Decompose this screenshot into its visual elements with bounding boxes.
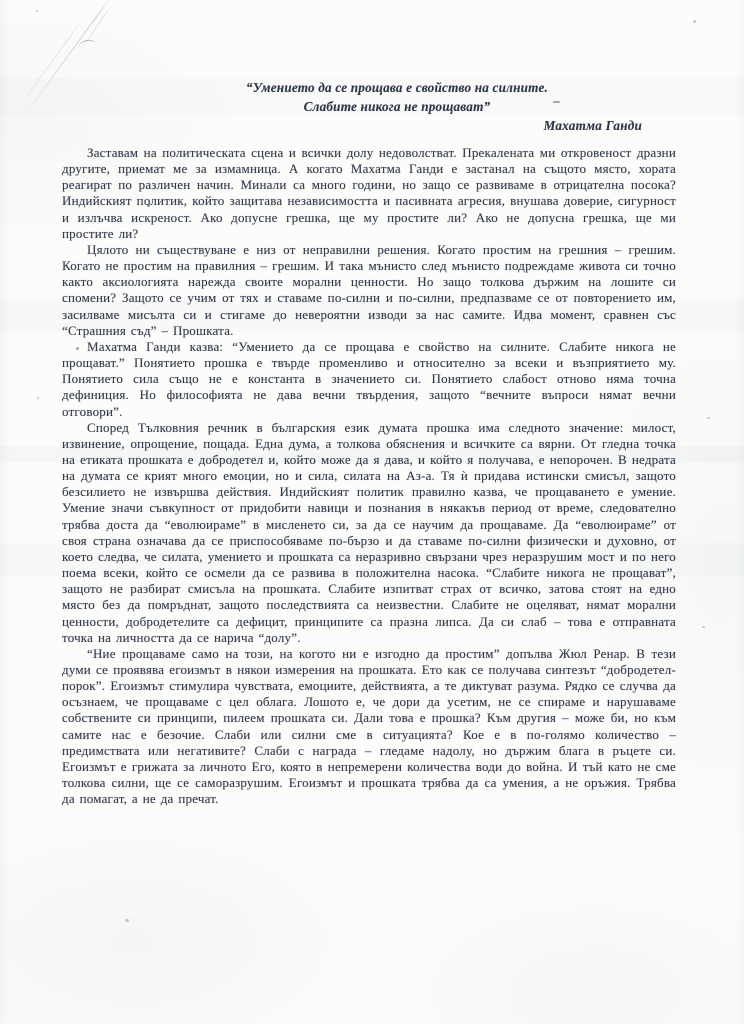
scan-squiggle-mark	[78, 39, 96, 48]
document-content: “Умението да се прощава е свойство на си…	[62, 78, 676, 807]
scan-speck	[37, 397, 39, 399]
essay-paragraph-3: Махатма Ганди казва: “Умението да се про…	[62, 339, 676, 420]
essay-body: Заставам на политическата сцена и всички…	[62, 145, 676, 807]
scan-speck	[702, 626, 705, 628]
epigraph-line-1: “Умението да се прощава е свойство на си…	[118, 78, 676, 97]
epigraph: “Умението да се прощава е свойство на си…	[62, 78, 676, 116]
epigraph-attribution: Махатма Ганди	[62, 117, 676, 135]
scan-speck	[693, 20, 696, 23]
scanned-document-page: “Умението да се прощава е свойство на си…	[0, 0, 744, 1024]
scan-speck	[36, 10, 38, 12]
essay-paragraph-1: Заставам на политическата сцена и всички…	[62, 145, 676, 242]
scan-crease-line	[75, 7, 111, 59]
scan-speck	[707, 417, 710, 419]
essay-paragraph-5: “Ние прощаваме само на този, на когото н…	[62, 646, 676, 808]
essay-paragraph-2: Цялото ни съществуване е низ от неправил…	[62, 242, 676, 339]
scan-speck	[125, 919, 129, 922]
epigraph-line-2: Слабите никога не прощават”	[118, 97, 676, 116]
essay-paragraph-4: Според Тълковния речник в българския ези…	[62, 420, 676, 646]
